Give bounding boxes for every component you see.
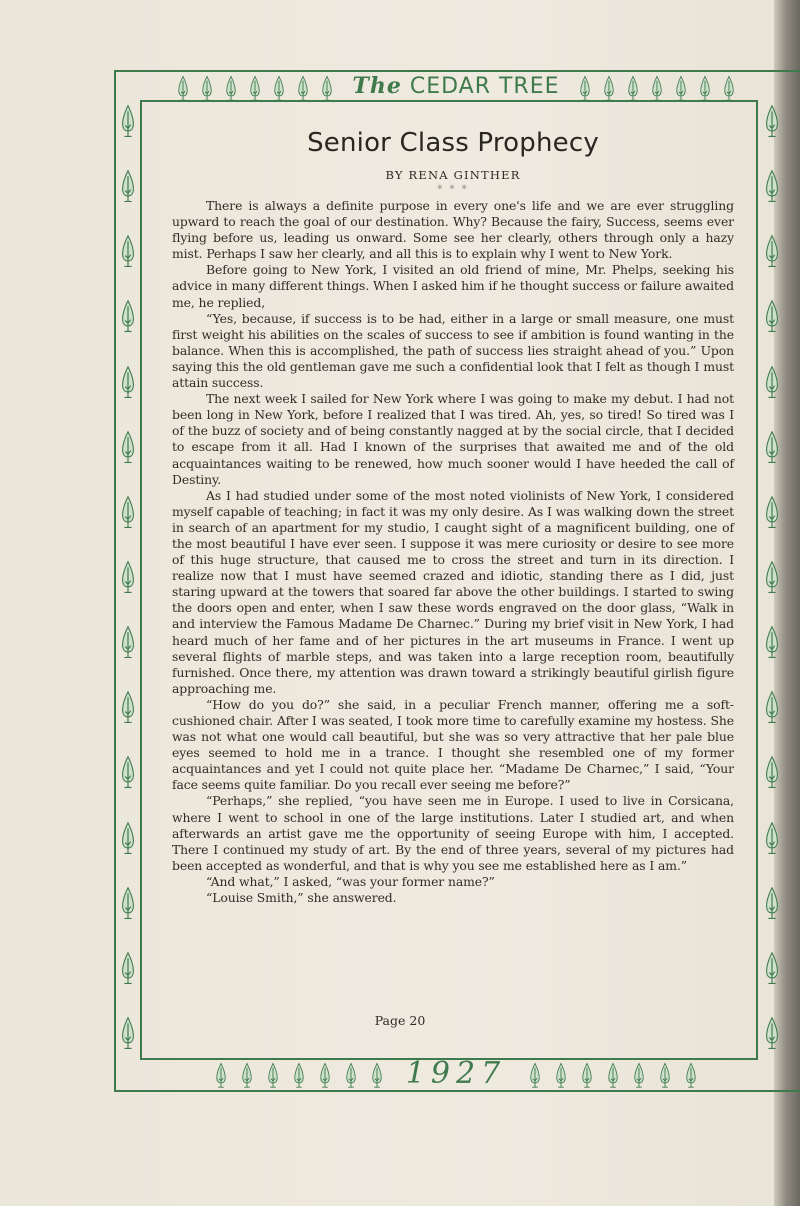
cedar-tree-icon bbox=[554, 1062, 568, 1084]
cedar-tree-icon bbox=[763, 495, 781, 533]
cedar-tree-icon bbox=[119, 430, 137, 468]
cedar-tree-icon bbox=[763, 169, 781, 207]
paragraph: “Louise Smith,” she answered. bbox=[172, 890, 734, 906]
paragraph: “Yes, because, if success is to be had, … bbox=[172, 311, 734, 391]
cedar-tree-icon bbox=[119, 821, 137, 859]
cedar-tree-icon bbox=[344, 1062, 358, 1084]
cedar-tree-icon bbox=[119, 690, 137, 728]
cedar-tree-icon bbox=[602, 75, 616, 97]
paragraph: Before going to New York, I visited an o… bbox=[172, 262, 734, 310]
cedar-tree-icon bbox=[580, 1062, 594, 1084]
paragraph: “How do you do?” she said, in a peculiar… bbox=[172, 697, 734, 794]
cedar-tree-icon bbox=[763, 625, 781, 663]
yearbook-year: 1927 bbox=[406, 1056, 506, 1091]
cedar-tree-icon bbox=[606, 1062, 620, 1084]
cedar-tree-icon bbox=[528, 1062, 542, 1084]
cedar-tree-icon bbox=[763, 886, 781, 924]
cedar-tree-icon bbox=[632, 1062, 646, 1084]
cedar-tree-icon bbox=[763, 755, 781, 793]
left-border-ornaments bbox=[116, 104, 140, 1054]
cedar-tree-icon bbox=[119, 951, 137, 989]
header-ornaments-left bbox=[176, 75, 334, 97]
masthead-the: The bbox=[352, 73, 401, 99]
cedar-tree-icon bbox=[318, 1062, 332, 1084]
cedar-tree-icon bbox=[119, 365, 137, 403]
cedar-tree-icon bbox=[200, 75, 214, 97]
cedar-tree-icon bbox=[674, 75, 688, 97]
cedar-tree-icon bbox=[119, 169, 137, 207]
cedar-tree-icon bbox=[119, 625, 137, 663]
cedar-tree-icon bbox=[763, 951, 781, 989]
cedar-tree-icon bbox=[296, 75, 310, 97]
paragraph: The next week I sailed for New York wher… bbox=[172, 391, 734, 488]
cedar-tree-icon bbox=[119, 495, 137, 533]
paragraph: As I had studied under some of the most … bbox=[172, 488, 734, 697]
cedar-tree-icon bbox=[272, 75, 286, 97]
cedar-tree-icon bbox=[763, 821, 781, 859]
masthead: The CEDAR TREE bbox=[352, 73, 559, 99]
cedar-tree-icon bbox=[119, 886, 137, 924]
footer-year-row: 1927 bbox=[116, 1058, 796, 1088]
cedar-tree-icon bbox=[626, 75, 640, 97]
header-ornaments-right bbox=[578, 75, 736, 97]
cedar-tree-icon bbox=[722, 75, 736, 97]
cedar-tree-icon bbox=[578, 75, 592, 97]
cedar-tree-icon bbox=[763, 560, 781, 598]
footer-ornaments-right bbox=[528, 1062, 698, 1084]
cedar-tree-icon bbox=[370, 1062, 384, 1084]
footer-ornaments-left bbox=[214, 1062, 384, 1084]
right-border-ornaments bbox=[760, 104, 784, 1054]
section-separator: * * * bbox=[172, 184, 734, 195]
cedar-tree-icon bbox=[119, 104, 137, 142]
cedar-tree-icon bbox=[763, 104, 781, 142]
cedar-tree-icon bbox=[240, 1062, 254, 1084]
cedar-tree-icon bbox=[214, 1062, 228, 1084]
cedar-tree-icon bbox=[763, 690, 781, 728]
masthead-row: The CEDAR TREE bbox=[116, 72, 796, 100]
cedar-tree-icon bbox=[763, 365, 781, 403]
cedar-tree-icon bbox=[658, 1062, 672, 1084]
cedar-tree-icon bbox=[292, 1062, 306, 1084]
cedar-tree-icon bbox=[224, 75, 238, 97]
paragraph: There is always a definite purpose in ev… bbox=[172, 198, 734, 262]
cedar-tree-icon bbox=[266, 1062, 280, 1084]
page-number: Page 20 bbox=[0, 1013, 800, 1028]
cedar-tree-icon bbox=[320, 75, 334, 97]
cedar-tree-icon bbox=[763, 234, 781, 272]
masthead-title: CEDAR TREE bbox=[410, 74, 560, 99]
cedar-tree-icon bbox=[698, 75, 712, 97]
cedar-tree-icon bbox=[763, 299, 781, 337]
cedar-tree-icon bbox=[650, 75, 664, 97]
paragraph: “Perhaps,” she replied, “you have seen m… bbox=[172, 793, 734, 873]
cedar-tree-icon bbox=[119, 234, 137, 272]
cedar-tree-icon bbox=[119, 560, 137, 598]
cedar-tree-icon bbox=[176, 75, 190, 97]
cedar-tree-icon bbox=[248, 75, 262, 97]
article-title: Senior Class Prophecy bbox=[172, 128, 734, 158]
cedar-tree-icon bbox=[119, 299, 137, 337]
article: Senior Class Prophecy BY RENA GINTHER * … bbox=[172, 128, 734, 906]
cedar-tree-icon bbox=[684, 1062, 698, 1084]
cedar-tree-icon bbox=[119, 755, 137, 793]
article-byline: BY RENA GINTHER bbox=[172, 168, 734, 182]
paragraph: “And what,” I asked, “was your former na… bbox=[172, 874, 734, 890]
cedar-tree-icon bbox=[763, 430, 781, 468]
